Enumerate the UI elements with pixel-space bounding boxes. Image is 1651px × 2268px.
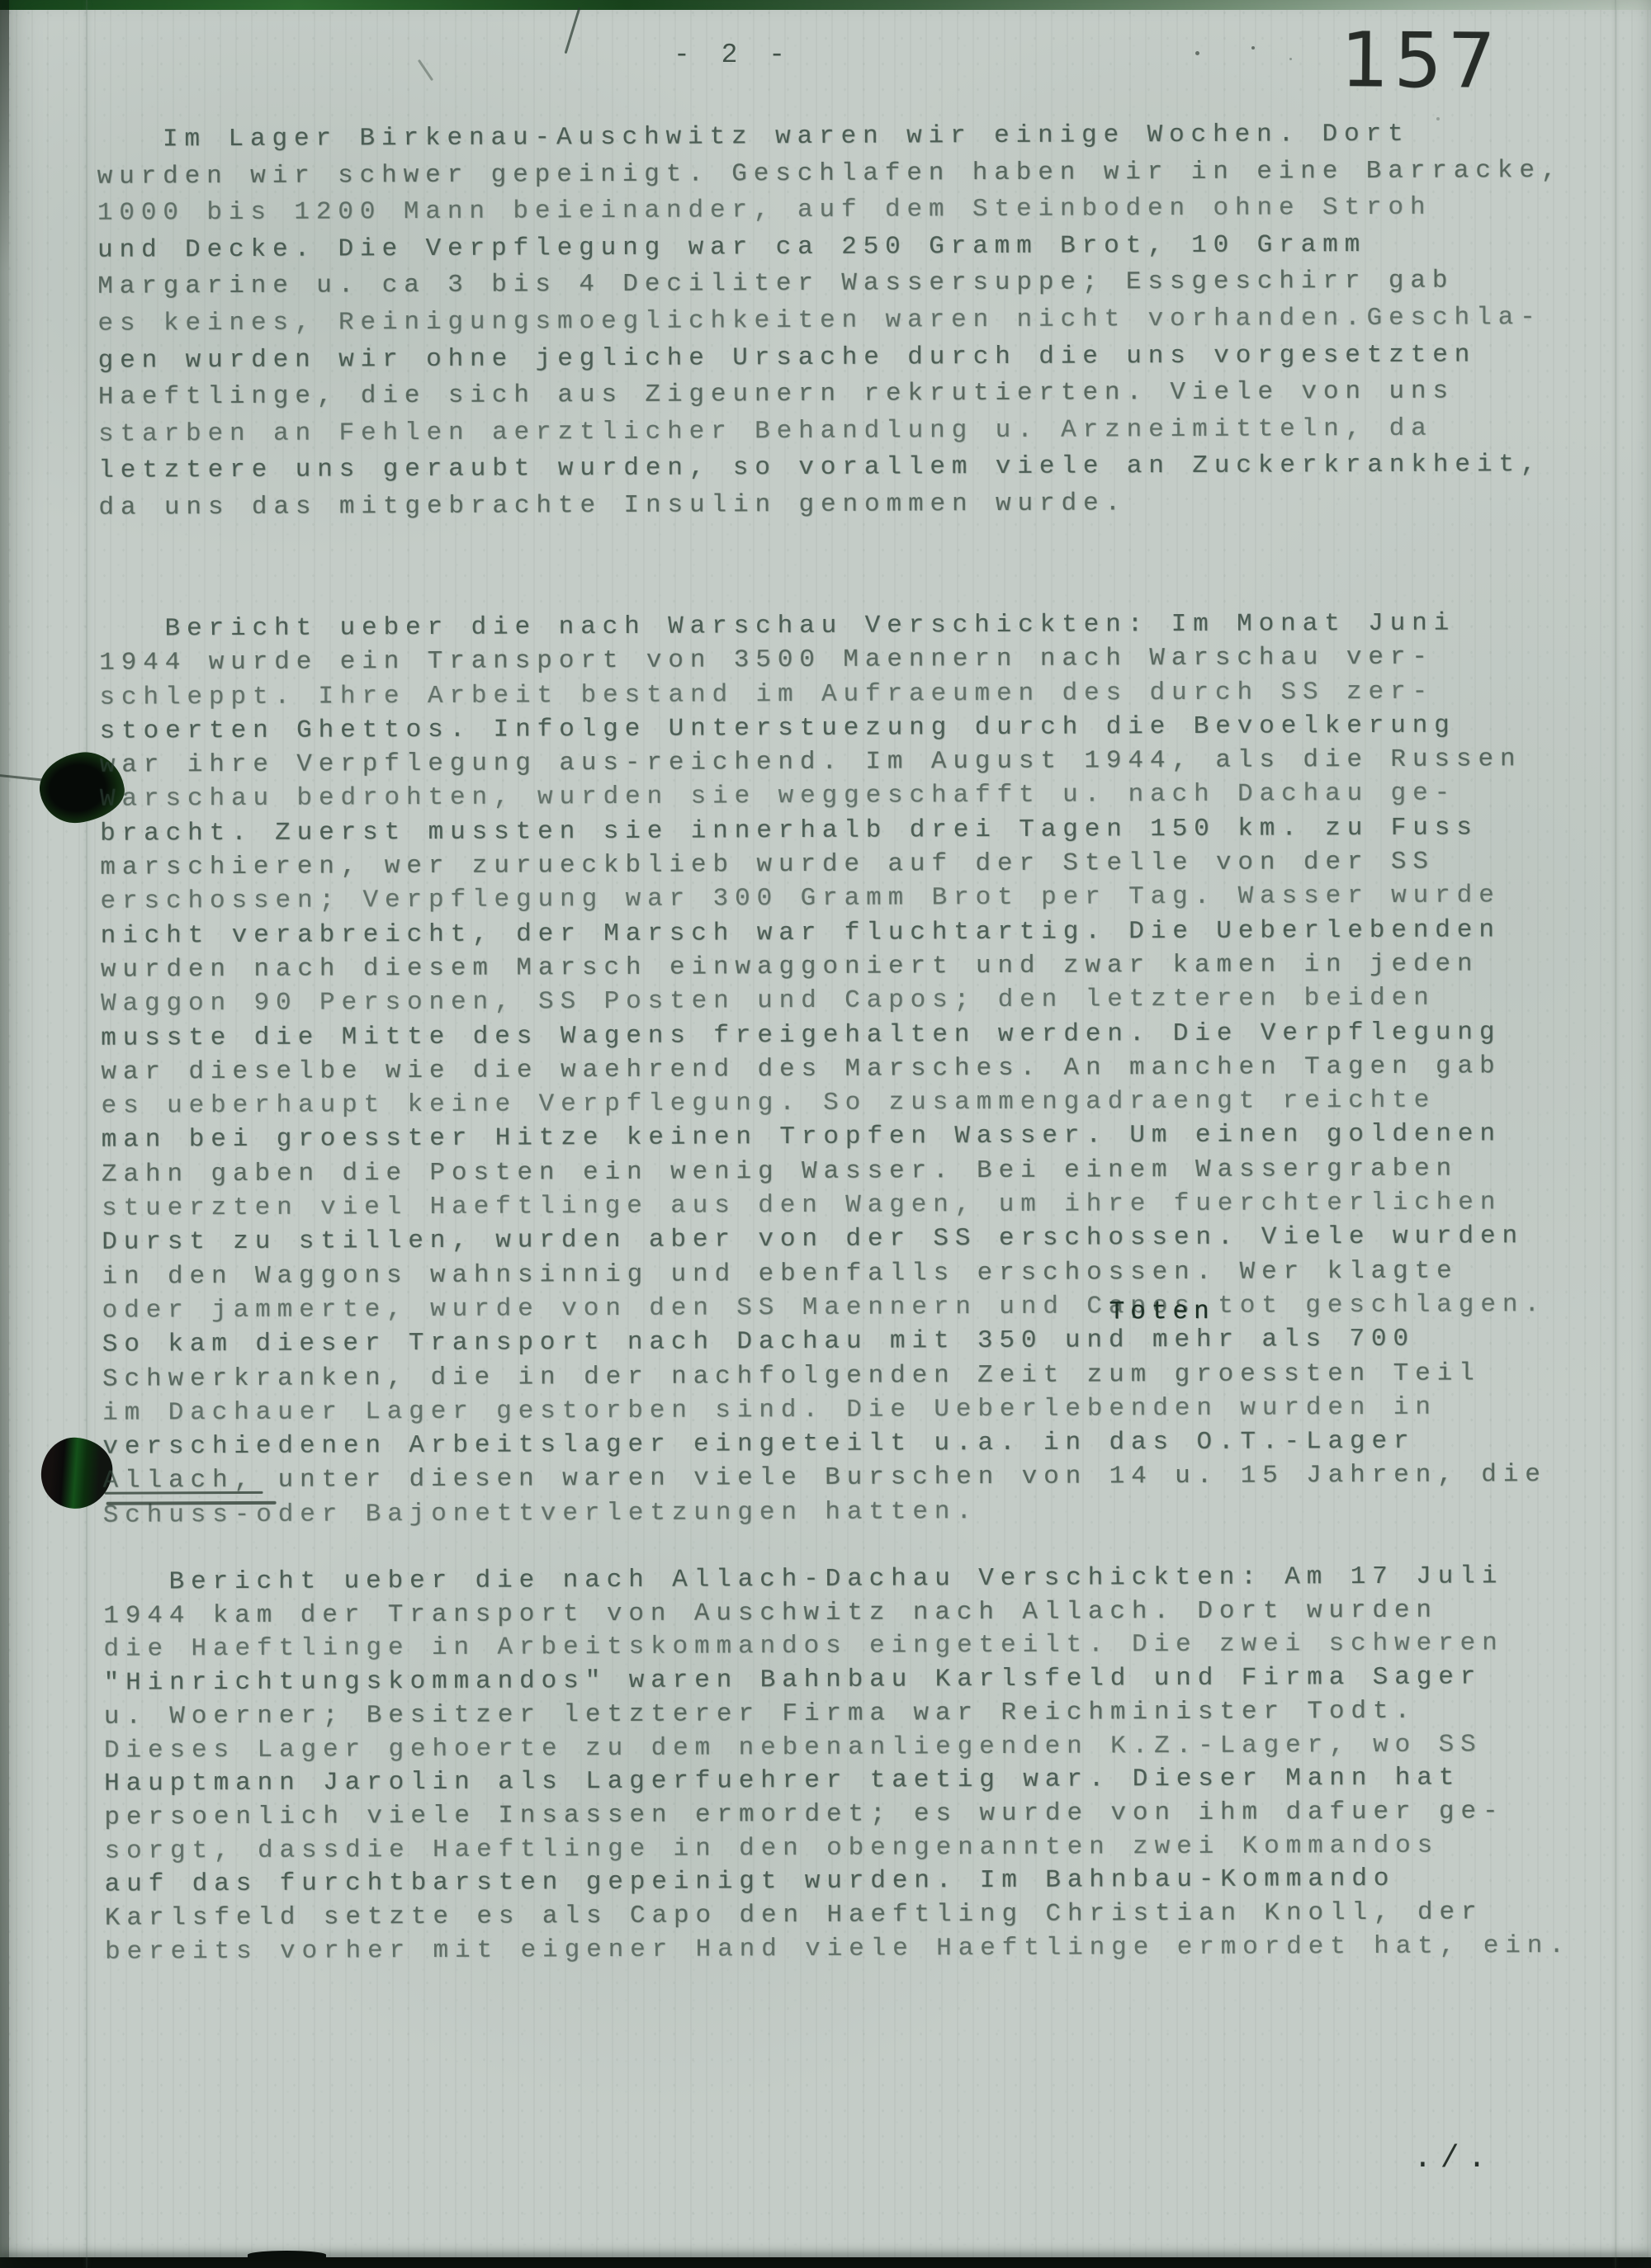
paragraph-allach: Bericht ueber die nach Allach-Dachau Ver… — [103, 1560, 1624, 1969]
continuation-mark: ./. — [1413, 2141, 1494, 2176]
text-line: 1000 bis 1200 Mann beieinander, auf dem … — [97, 189, 1616, 233]
text-line: wurden wir schwer gepeinigt. Geschlafen … — [97, 152, 1616, 196]
text-line: starben an Fehlen aerztlicher Behandlung… — [98, 409, 1617, 453]
document-text: Im Lager Birkenau-Auschwitz waren wir ei… — [0, 0, 1651, 2268]
inserted-word: Toten — [1109, 1297, 1215, 1327]
text-line: bereits vorher mit eigener Hand viele Ha… — [105, 1929, 1624, 1969]
paragraph-warschau: Bericht ueber die nach Warschau Verschic… — [99, 606, 1622, 1533]
text-line: letztere uns geraubt wurden, so vorallem… — [98, 447, 1617, 490]
text-line: Margarine u. ca 3 bis 4 Deciliter Wasser… — [97, 262, 1616, 306]
scanned-page: - 2 - 157 Im Lager Birkenau-Auschwitz wa… — [0, 0, 1651, 2268]
text-line: gen wurden wir ohne jegliche Ursache dur… — [98, 336, 1617, 380]
text-line: Haeftlinge, die sich aus Zigeunern rekru… — [98, 373, 1617, 417]
text-line: es keines, Reinigungsmoeglichkeiten ware… — [97, 300, 1616, 343]
text-line: und Decke. Die Verpflegung war ca 250 Gr… — [97, 225, 1616, 269]
paragraph-birkenau: Im Lager Birkenau-Auschwitz waren wir ei… — [97, 116, 1617, 527]
text-line: Im Lager Birkenau-Auschwitz waren wir ei… — [97, 116, 1616, 159]
text-line: Schuss-oder Bajonettverletzungen hatten. — [103, 1491, 1622, 1532]
text-line: da uns das mitgebrachte Insulin genommen… — [98, 484, 1617, 527]
